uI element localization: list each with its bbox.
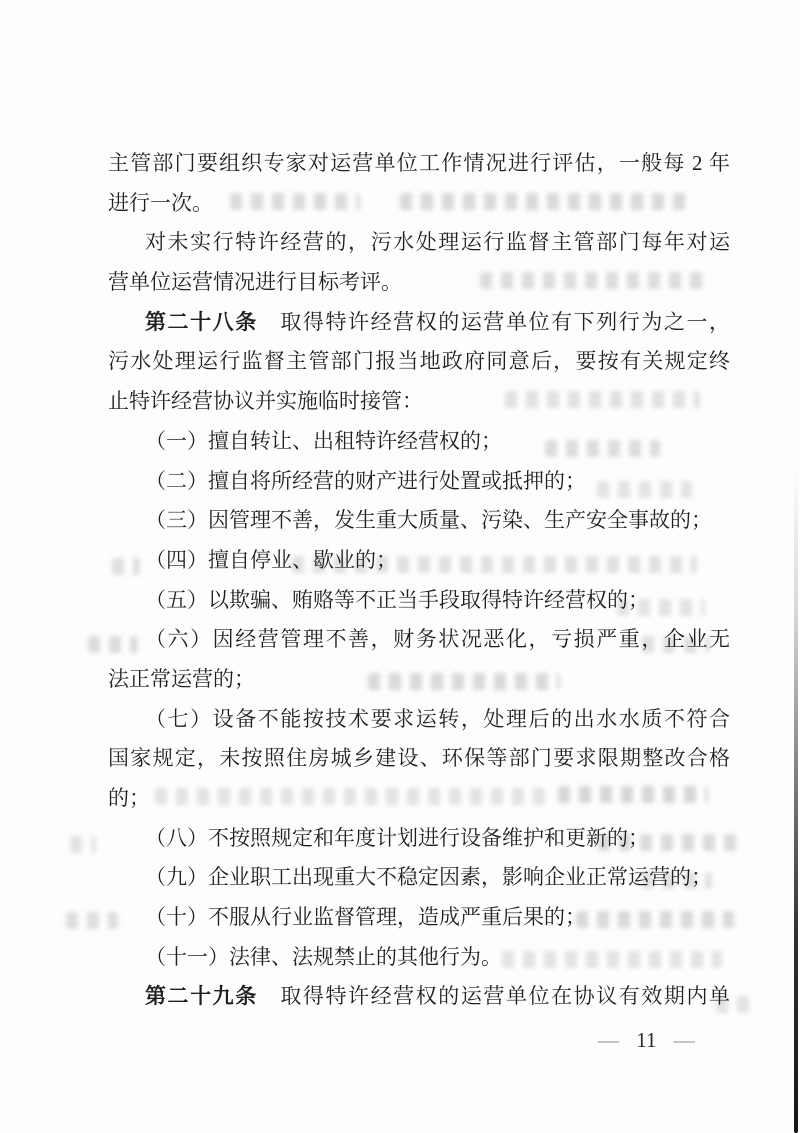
article-text: 取得特许经营权的运营单位在协议有效期内单 (258, 984, 730, 1008)
text-line: （一）擅自转让、出租特许经营权的； (108, 422, 730, 462)
article-text: 取得特许经营权的运营单位有下列行为之一， (258, 310, 730, 334)
text-line: 法正常运营的； (108, 660, 730, 700)
text-line: 营单位运营情况进行目标考评。 (108, 263, 730, 303)
text-line: （四）擅自停业、歇业的； (108, 541, 730, 581)
text-line: （七）设备不能按技术要求运转，处理后的出水水质不符合 (108, 700, 730, 740)
scanned-document-page: 主管部门要组织专家对运营单位工作情况进行评估，一般每 2 年进行一次。对未实行特… (0, 0, 800, 1133)
text-line: 的； (108, 779, 730, 819)
article-number: 第二十九条 (145, 984, 258, 1008)
text-line: 第二十八条 取得特许经营权的运营单位有下列行为之一， (108, 303, 730, 343)
scan-edge-artifact (794, 470, 798, 1133)
text-line: （五）以欺骗、贿赂等不正当手段取得特许经营权的； (108, 581, 730, 621)
text-line: 国家规定，未按照住房城乡建设、环保等部门要求限期整改合格 (108, 739, 730, 779)
text-line: （十一）法律、法规禁止的其他行为。 (108, 938, 730, 978)
text-line: （九）企业职工出现重大不稳定因素，影响企业正常运营的； (108, 858, 730, 898)
text-line: （三）因管理不善，发生重大质量、污染、生产安全事故的； (108, 501, 730, 541)
page-number: — 11 — (598, 1028, 695, 1053)
document-body: 主管部门要组织专家对运营单位工作情况进行评估，一般每 2 年进行一次。对未实行特… (108, 144, 730, 1017)
page-number-value: 11 (636, 1028, 656, 1052)
text-line: （二）擅自将所经营的财产进行处置或抵押的； (108, 462, 730, 502)
page-number-dash-left: — (598, 1028, 619, 1052)
text-line: （六）因经营管理不善，财务状况恶化，亏损严重，企业无 (108, 620, 730, 660)
text-line: 进行一次。 (108, 184, 730, 224)
text-line: 污水处理运行监督主管部门报当地政府同意后，要按有关规定终 (108, 342, 730, 382)
text-line: 第二十九条 取得特许经营权的运营单位在协议有效期内单 (108, 977, 730, 1017)
page-number-dash-right: — (674, 1028, 695, 1052)
text-line: 主管部门要组织专家对运营单位工作情况进行评估，一般每 2 年 (108, 144, 730, 184)
text-line: （八）不按照规定和年度计划进行设备维护和更新的； (108, 819, 730, 859)
text-line: （十）不服从行业监督管理，造成严重后果的； (108, 898, 730, 938)
bleedthrough-smudge (70, 836, 96, 853)
article-number: 第二十八条 (145, 310, 258, 334)
text-line: 止特许经营协议并实施临时接管： (108, 382, 730, 422)
text-line: 对未实行特许经营的，污水处理运行监督主管部门每年对运 (108, 223, 730, 263)
